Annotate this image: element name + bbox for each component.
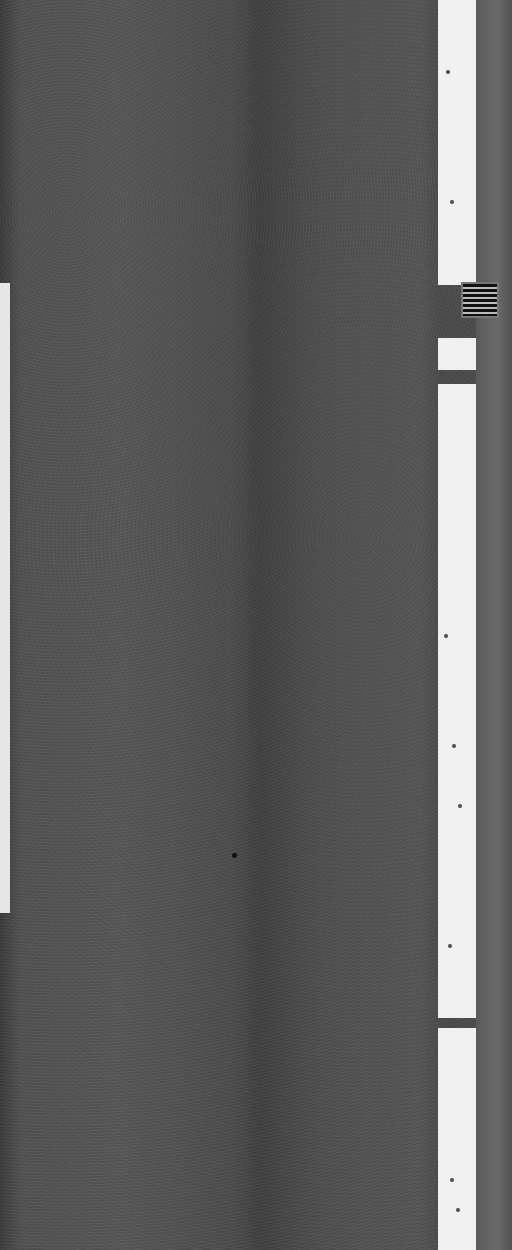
lane-dash [438, 384, 476, 1018]
road-blemish [232, 853, 237, 858]
lane-dash [438, 1028, 476, 1250]
road-gutter [476, 0, 512, 1250]
storm-drain-grate [461, 282, 499, 318]
lane-dash [438, 338, 476, 370]
left-lane-line [0, 283, 10, 913]
asphalt-surface [0, 0, 512, 1250]
lane-dash [438, 0, 476, 285]
